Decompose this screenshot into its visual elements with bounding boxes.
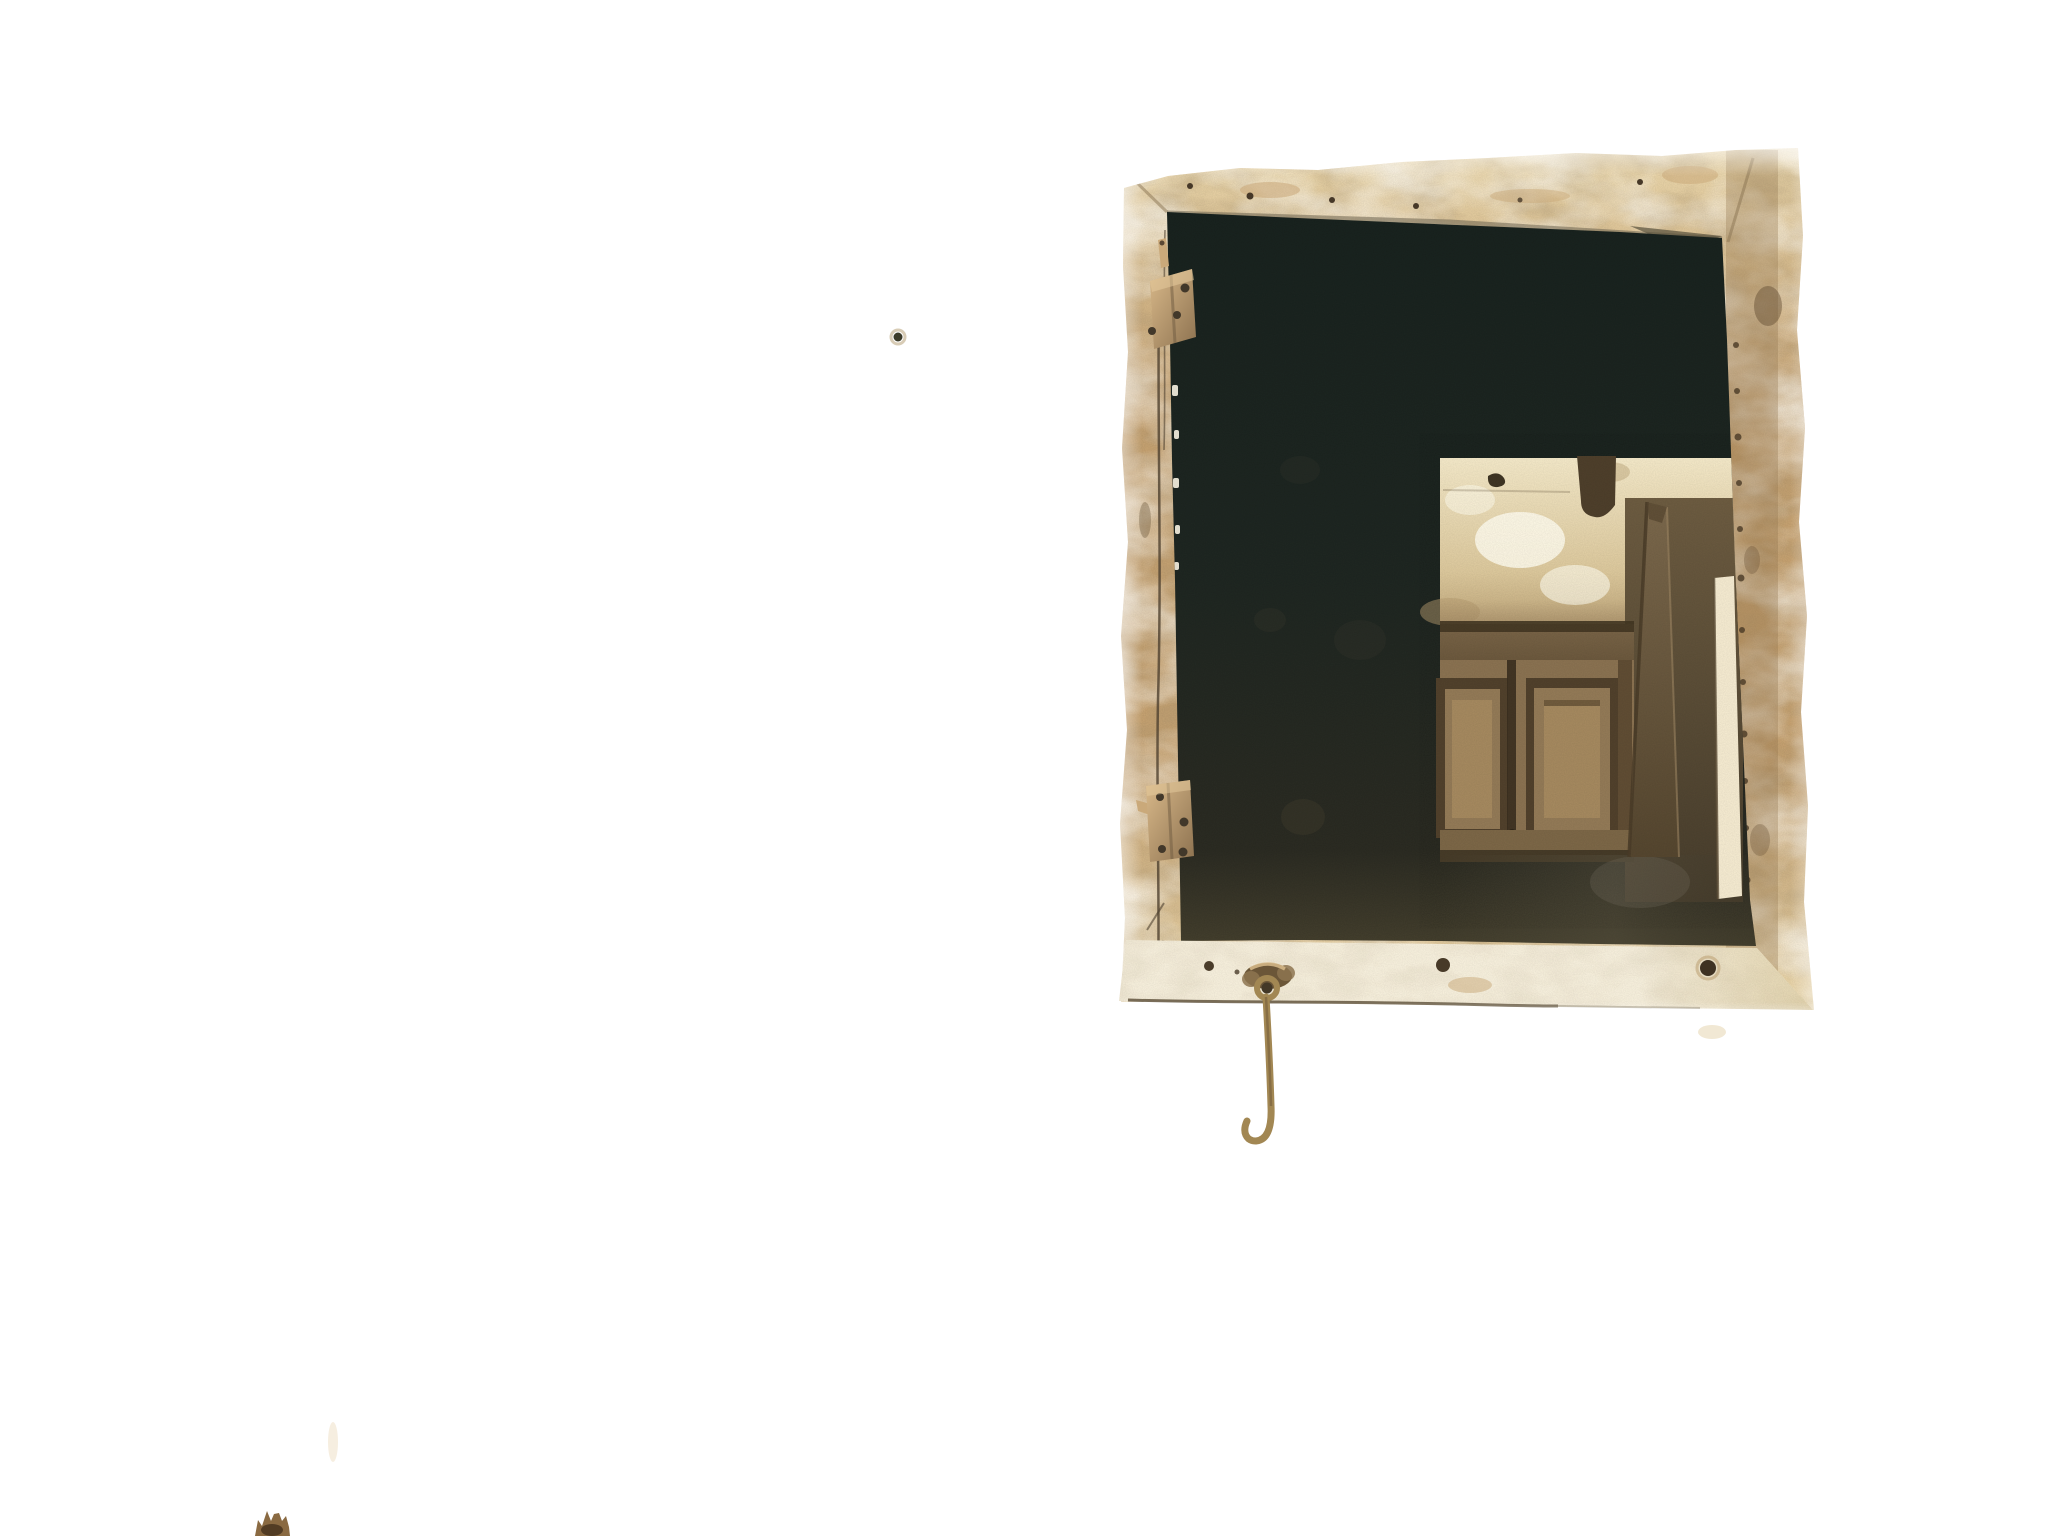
interior-view xyxy=(1420,456,1758,947)
sill-nail xyxy=(1204,961,1214,971)
wall-faint-smudge xyxy=(328,1422,338,1462)
faint-blotch xyxy=(1281,799,1325,835)
sill-nail xyxy=(1436,958,1450,972)
photograph xyxy=(0,0,2048,1536)
sill-fade xyxy=(1106,1002,1850,1044)
wall-smudge xyxy=(1698,1025,1726,1039)
sill-knot xyxy=(1700,960,1716,976)
photo-canvas xyxy=(0,0,2048,1536)
